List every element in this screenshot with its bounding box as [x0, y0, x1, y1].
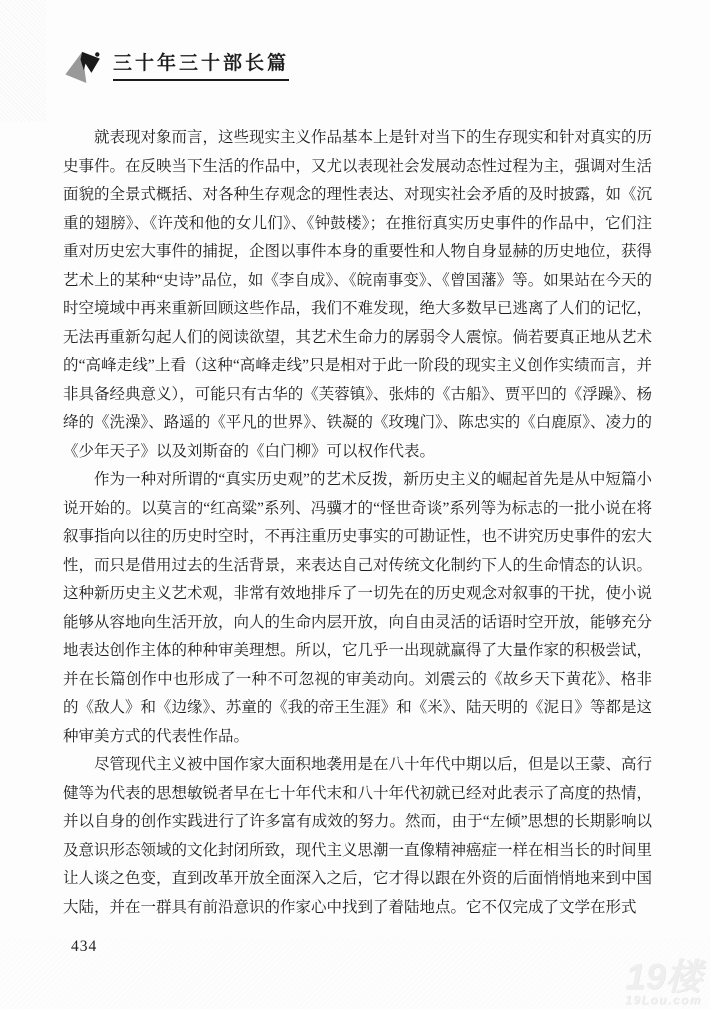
page-header: 三十年三十部长篇	[62, 47, 289, 87]
diamond-brush-logo-icon	[62, 47, 104, 87]
page-title: 三十年三十部长篇	[113, 52, 289, 81]
watermark-brand: 19楼	[625, 961, 702, 993]
watermark: 19楼 19Lou.com	[625, 961, 702, 1007]
paragraph-realism-works: 就表现对象而言，这些现实主义作品基本上是针对当下的生存现实和针对真实的历史事件。…	[63, 124, 652, 466]
scan-texture-top-left	[0, 0, 46, 122]
watermark-domain: 19Lou.com	[625, 993, 702, 1007]
scan-texture-bottom	[0, 939, 710, 1009]
body-text: 就表现对象而言，这些现实主义作品基本上是针对当下的生存现实和针对真实的历史事件。…	[63, 124, 652, 922]
paragraph-new-historicism: 作为一种对所谓的“真实历史观”的艺术反拨，新历史主义的崛起首先是从中短篇小说开始…	[63, 466, 652, 751]
paragraph-modernism: 尽管现代主义被中国作家大面积地袭用是在八十年代中期以后，但是以王蒙、高行健等为代…	[63, 751, 652, 922]
page-number: 434	[71, 938, 97, 956]
book-page: 三十年三十部长篇 就表现对象而言，这些现实主义作品基本上是针对当下的生存现实和针…	[0, 0, 710, 1009]
